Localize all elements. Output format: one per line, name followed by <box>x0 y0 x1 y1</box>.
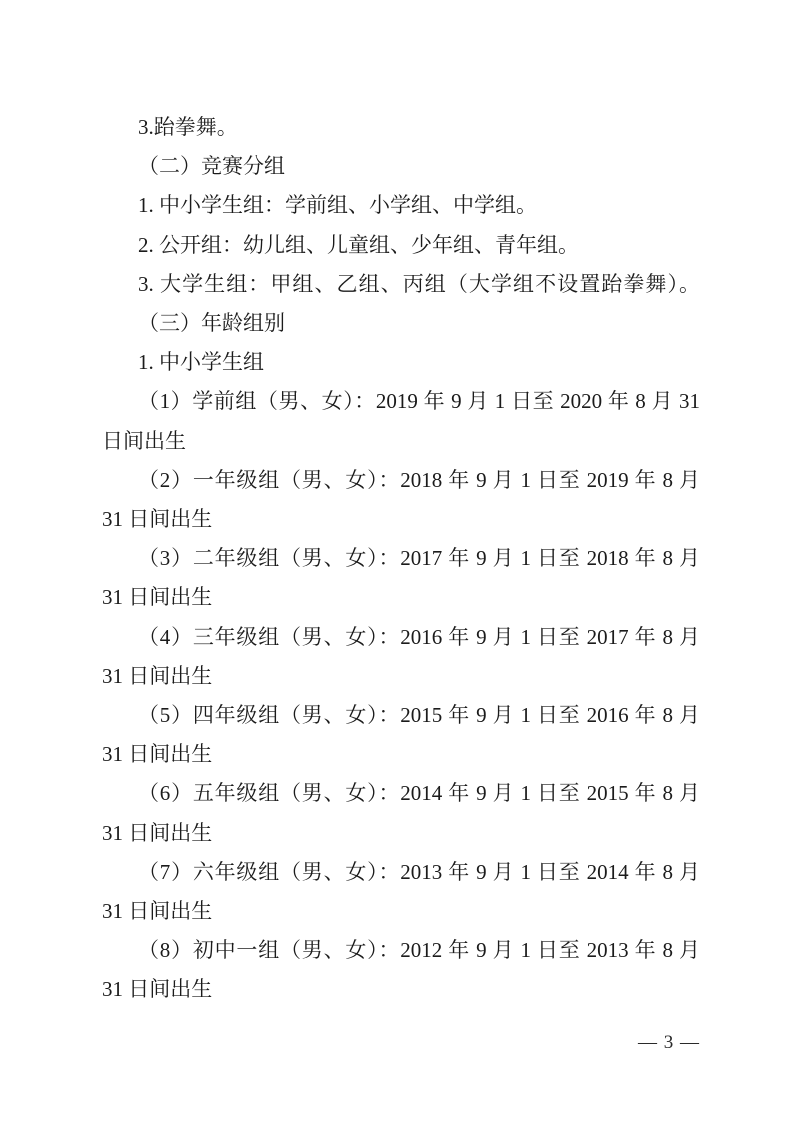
doc-line-continuation: 31 日间出生 <box>102 500 700 539</box>
doc-line: 2. 公开组：幼儿组、儿童组、少年组、青年组。 <box>102 226 700 265</box>
doc-line: （4）三年级组（男、女）：2016 年 9 月 1 日至 2017 年 8 月 <box>102 618 700 657</box>
doc-line: （3）二年级组（男、女）：2017 年 9 月 1 日至 2018 年 8 月 <box>102 539 700 578</box>
doc-line: （7）六年级组（男、女）：2013 年 9 月 1 日至 2014 年 8 月 <box>102 853 700 892</box>
page-number: — 3 — <box>638 1032 700 1053</box>
doc-line: 1. 中小学生组：学前组、小学组、中学组。 <box>102 186 700 225</box>
section-heading-line: （三）年龄组别 <box>102 304 700 343</box>
document-body: 3.跆拳舞。 （二）竞赛分组 1. 中小学生组：学前组、小学组、中学组。 2. … <box>102 108 700 1010</box>
doc-line: 3. 大学生组：甲组、乙组、丙组（大学组不设置跆拳舞）。 <box>102 265 700 304</box>
doc-line: 1. 中小学生组 <box>102 343 700 382</box>
doc-line-continuation: 31 日间出生 <box>102 970 700 1009</box>
doc-line-continuation: 31 日间出生 <box>102 735 700 774</box>
doc-line: （2）一年级组（男、女）：2018 年 9 月 1 日至 2019 年 8 月 <box>102 461 700 500</box>
doc-line-continuation: 31 日间出生 <box>102 657 700 696</box>
doc-line: （5）四年级组（男、女）：2015 年 9 月 1 日至 2016 年 8 月 <box>102 696 700 735</box>
doc-line: （8）初中一组（男、女）：2012 年 9 月 1 日至 2013 年 8 月 <box>102 931 700 970</box>
doc-line-continuation: 31 日间出生 <box>102 814 700 853</box>
section-heading-line: （二）竞赛分组 <box>102 147 700 186</box>
page-footer: — 3 — <box>638 1030 700 1056</box>
doc-line-continuation: 日间出生 <box>102 422 700 461</box>
doc-line-continuation: 31 日间出生 <box>102 892 700 931</box>
document-page: 3.跆拳舞。 （二）竞赛分组 1. 中小学生组：学前组、小学组、中学组。 2. … <box>0 0 794 1123</box>
doc-line-continuation: 31 日间出生 <box>102 578 700 617</box>
doc-line: （6）五年级组（男、女）：2014 年 9 月 1 日至 2015 年 8 月 <box>102 774 700 813</box>
doc-line: （1）学前组（男、女）：2019 年 9 月 1 日至 2020 年 8 月 3… <box>102 382 700 421</box>
doc-line: 3.跆拳舞。 <box>102 108 700 147</box>
